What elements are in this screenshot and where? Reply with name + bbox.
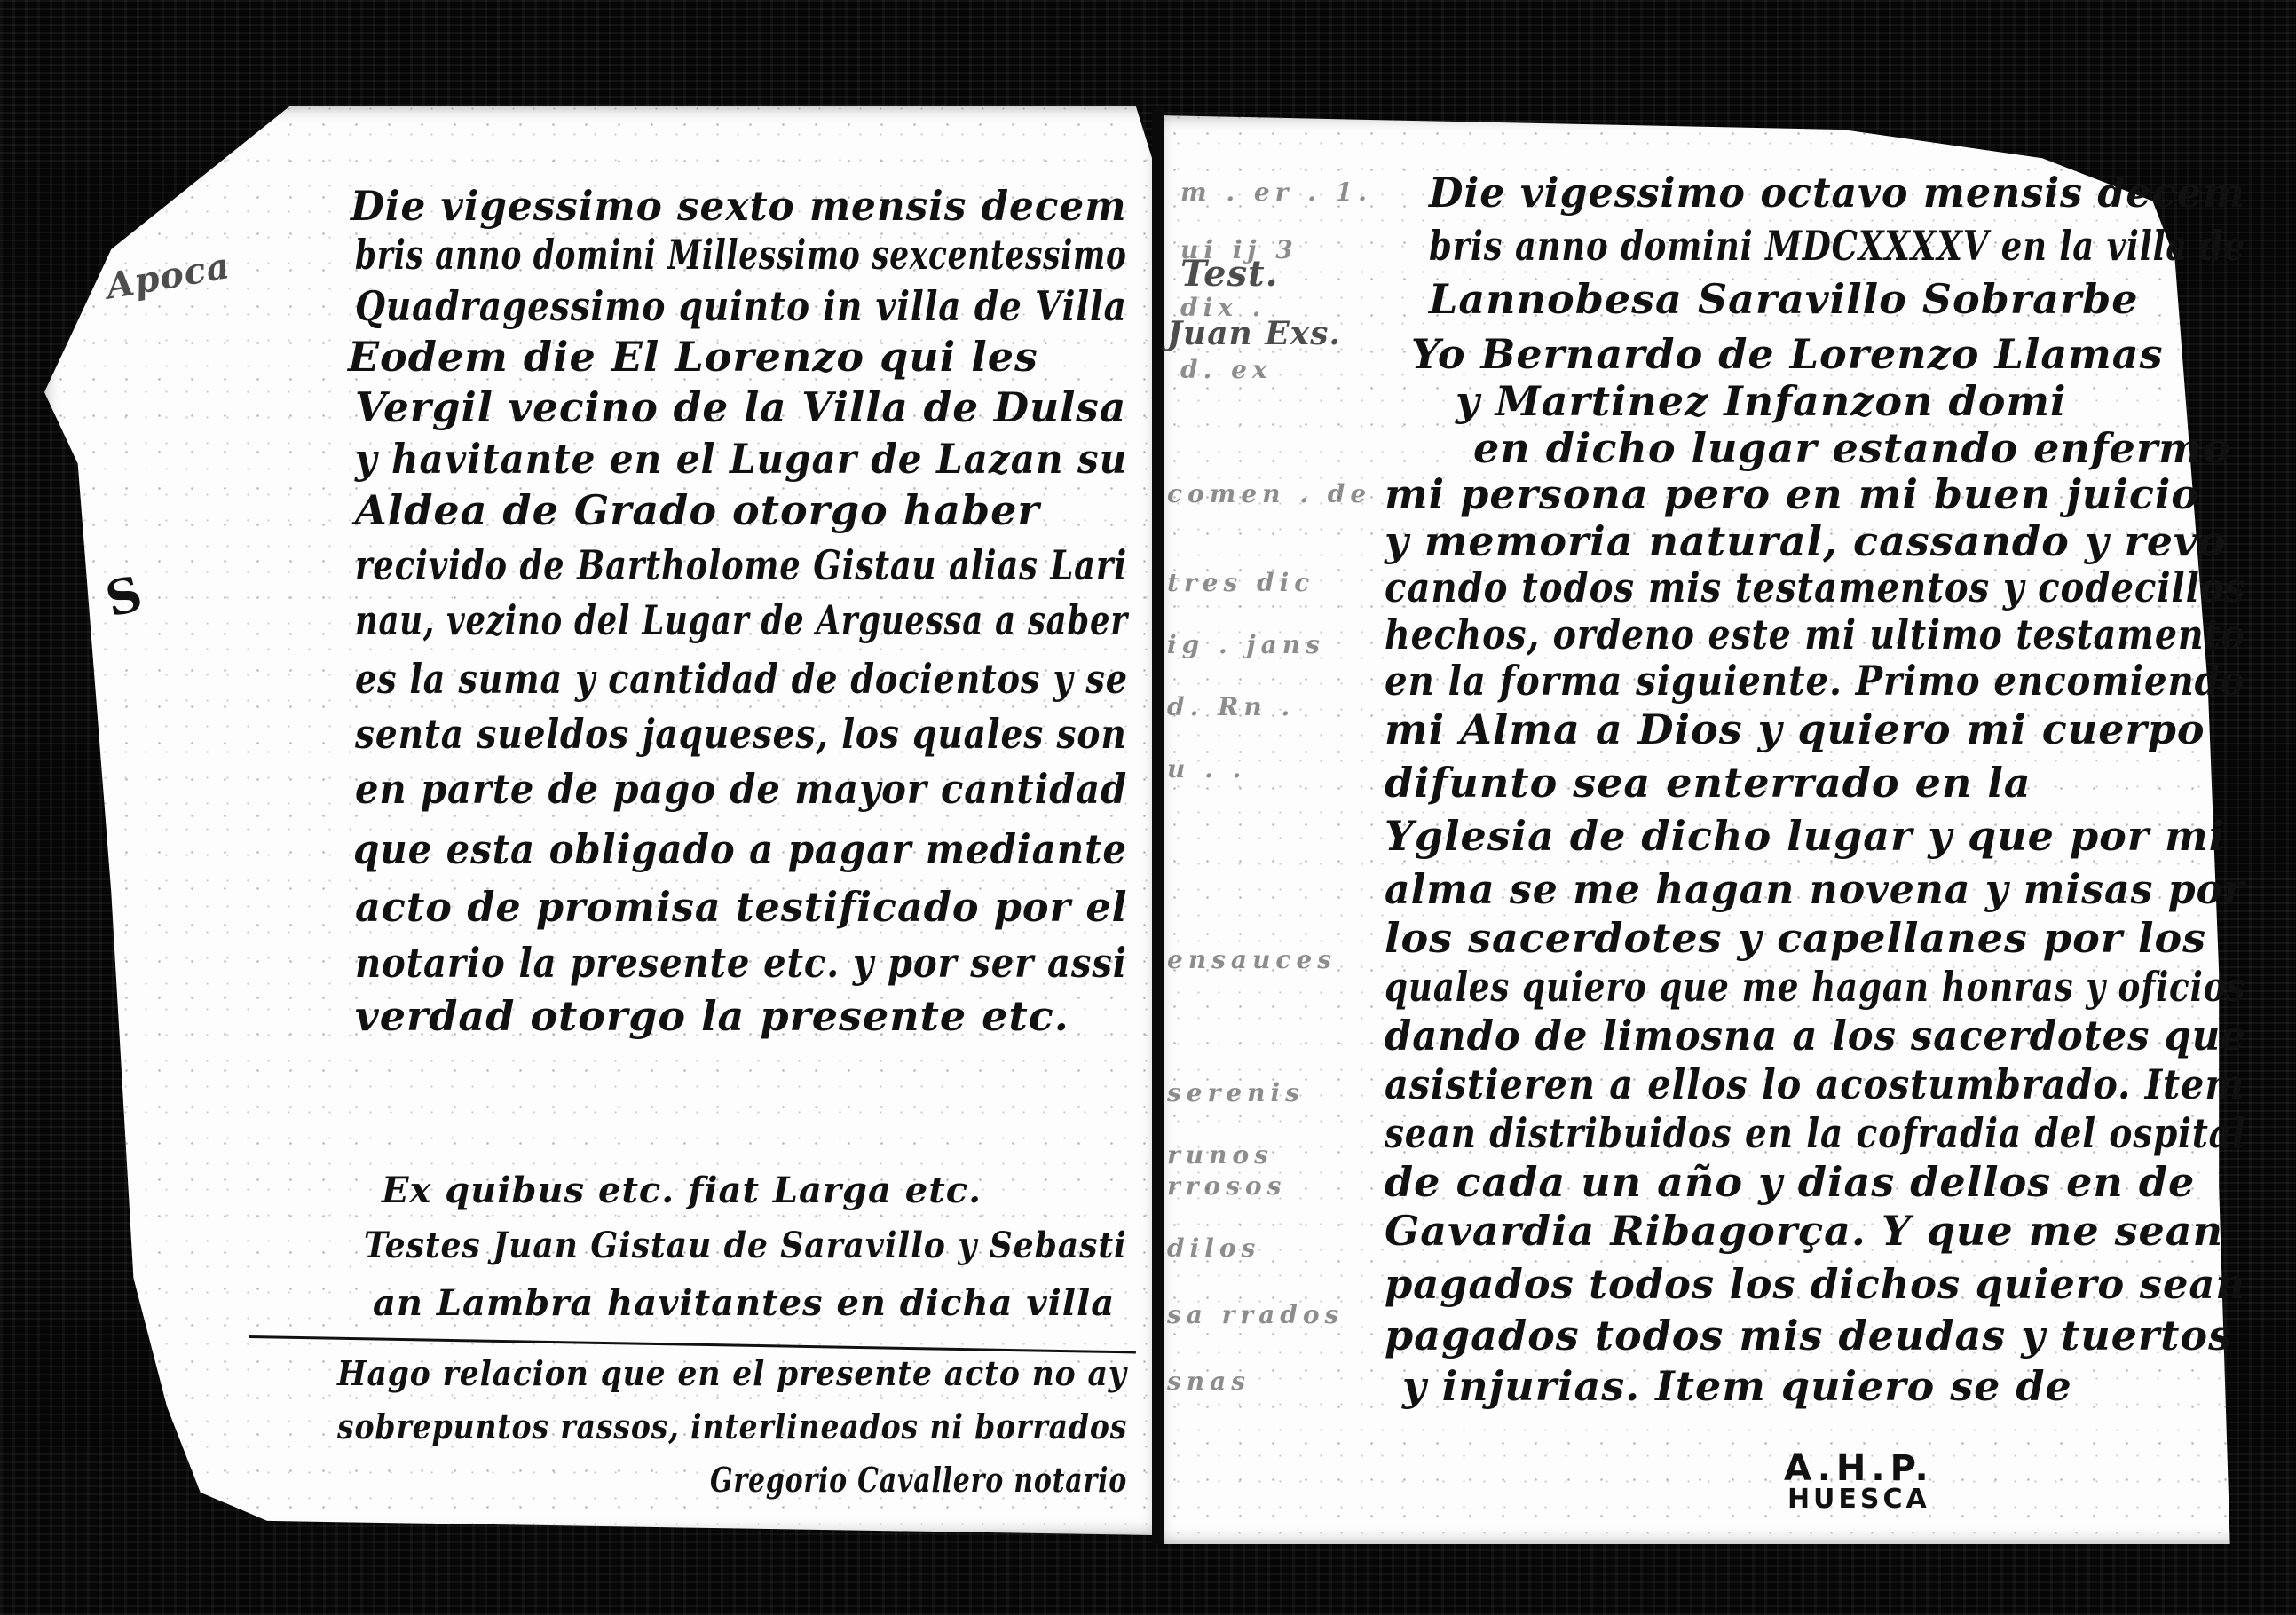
stamp-line-2: HUESCA bbox=[1784, 1486, 1934, 1513]
right-line-6: en dicho lugar estando enfermo bbox=[1473, 424, 2231, 472]
right-line-14: Yglesia de dicho lugar y que por mi bbox=[1385, 812, 2225, 860]
notary-line-1: Hago relacion que en el presente acto no… bbox=[337, 1353, 1127, 1393]
left-line-12: en parte de pago de mayor cantidad bbox=[355, 765, 1127, 813]
right-line-24: pagados todos mis deudas y tuertos bbox=[1385, 1312, 2232, 1359]
left-line-14: acto de promisa testificado por el bbox=[355, 883, 1127, 931]
book-gutter bbox=[1152, 106, 1164, 1544]
left-line-5: Vergil vecino de la Villa de Dulsa bbox=[355, 383, 1126, 431]
right-margin-note-1: Test. bbox=[1180, 253, 1279, 295]
right-line-23: pagados todos los dichos quiero sean bbox=[1385, 1260, 2245, 1308]
left-testimony-2: Testes Juan Gistau de Saravillo y Sebast… bbox=[364, 1225, 1127, 1266]
archive-stamp: A.H.P. HUESCA bbox=[1784, 1451, 1934, 1513]
bleed-16: snas bbox=[1167, 1367, 1251, 1396]
right-line-13: difunto sea enterrado en la bbox=[1385, 759, 2032, 807]
right-line-17: quales quiero que me hagan honras y ofic… bbox=[1385, 963, 2245, 1011]
left-line-11: senta sueldos jaqueses, los quales son bbox=[355, 710, 1127, 758]
right-margin-note-2: Juan Exs. bbox=[1167, 315, 1341, 352]
right-line-22: Gavardia Ribagorça. Y que me sean bbox=[1385, 1207, 2223, 1255]
left-line-6: y havitante en el Lugar de Lazan su bbox=[355, 435, 1127, 483]
right-line-3: Lannobesa Saravillo Sobrarbe bbox=[1429, 275, 2139, 323]
bleed-7: ig . jans bbox=[1167, 630, 1325, 659]
left-line-7: Aldea de Grado otorgo haber bbox=[355, 486, 1040, 534]
right-line-10: hechos, ordeno este mi ultimo testamento bbox=[1385, 611, 2245, 658]
notary-line-2: sobrepuntos rassos, interlineados ni bor… bbox=[337, 1406, 1127, 1446]
right-line-9: cando todos mis testamentos y codecillos bbox=[1385, 563, 2245, 611]
right-line-12: mi Alma a Dios y quiero mi cuerpo bbox=[1385, 705, 2205, 753]
left-testimony-3: an Lambra havitantes en dicha villa bbox=[373, 1282, 1115, 1324]
bleed-9: u . . bbox=[1167, 754, 1246, 784]
left-line-9: nau, vezino del Lugar de Arguessa a sabe… bbox=[355, 596, 1128, 644]
bleed-6: tres dic bbox=[1167, 568, 1314, 597]
left-line-13: que esta obligado a pagar mediante bbox=[353, 825, 1127, 873]
bleed-5: comen . de bbox=[1167, 479, 1371, 508]
right-line-16: los sacerdotes y capellanes por los bbox=[1385, 914, 2206, 962]
right-line-20: sean distribuidos en la cofradia del osp… bbox=[1385, 1109, 2245, 1157]
stamp-line-1: A.H.P. bbox=[1784, 1451, 1934, 1486]
bleed-15: sa rrados bbox=[1167, 1300, 1344, 1329]
bleed-12: runos bbox=[1167, 1140, 1274, 1170]
right-line-11: en la forma siguiente. Primo encomiendo bbox=[1385, 657, 2245, 705]
left-line-16: verdad otorgo la presente etc. bbox=[355, 992, 1069, 1040]
left-line-2: bris anno domini Millessimo sexcentessim… bbox=[355, 231, 1127, 279]
left-line-10: es la suma y cantidad de docientos y se bbox=[355, 655, 1128, 703]
right-line-2: bris anno domini MDCXXXXV en la villa de bbox=[1429, 222, 2245, 270]
left-line-8: recivido de Bartholome Gistau alias Lari bbox=[355, 541, 1127, 589]
right-line-15: alma se me hagan novena y misas por bbox=[1385, 865, 2245, 913]
left-line-3: Quadragessimo quinto in villa de Villa bbox=[355, 282, 1127, 330]
right-line-18: dando de limosna a los sacerdotes que bbox=[1385, 1012, 2246, 1060]
right-line-19: asistieren a ellos lo acostumbrado. Item bbox=[1385, 1060, 2245, 1108]
bleed-10: ensauces bbox=[1167, 945, 1337, 974]
notary-signature: Gregorio Cavallero notario bbox=[710, 1460, 1127, 1500]
right-line-5: y Martinez Infanzon domi bbox=[1456, 377, 2067, 425]
left-line-1: Die vigessimo sexto mensis decem bbox=[351, 182, 1126, 230]
left-line-4: Eodem die El Lorenzo qui les bbox=[348, 333, 1038, 381]
right-line-7: mi persona pero en mi buen juicio bbox=[1385, 470, 2199, 518]
right-line-8: y memoria natural, cassando y revo bbox=[1385, 517, 2226, 565]
right-line-25: y injurias. Item quiero se de bbox=[1402, 1362, 2072, 1410]
bleed-14: dilos bbox=[1167, 1233, 1260, 1263]
bleed-1: m . er . 1. bbox=[1180, 177, 1372, 207]
bleed-8: d. Rn . bbox=[1167, 692, 1295, 721]
left-testimony-1: Ex quibus etc. fiat Larga etc. bbox=[382, 1170, 982, 1211]
bleed-11: serenis bbox=[1167, 1078, 1305, 1107]
left-line-15: notario la presente etc. y por ser assi bbox=[355, 939, 1127, 987]
right-line-1: Die vigessimo octavo mensis decem bbox=[1429, 169, 2245, 217]
bleed-13: rrosos bbox=[1167, 1171, 1286, 1201]
bleed-4: d. ex bbox=[1180, 355, 1273, 384]
right-line-4: Yo Bernardo de Lorenzo Llamas bbox=[1411, 330, 2164, 378]
right-line-21: de cada un año y dias dellos en de bbox=[1385, 1158, 2195, 1206]
